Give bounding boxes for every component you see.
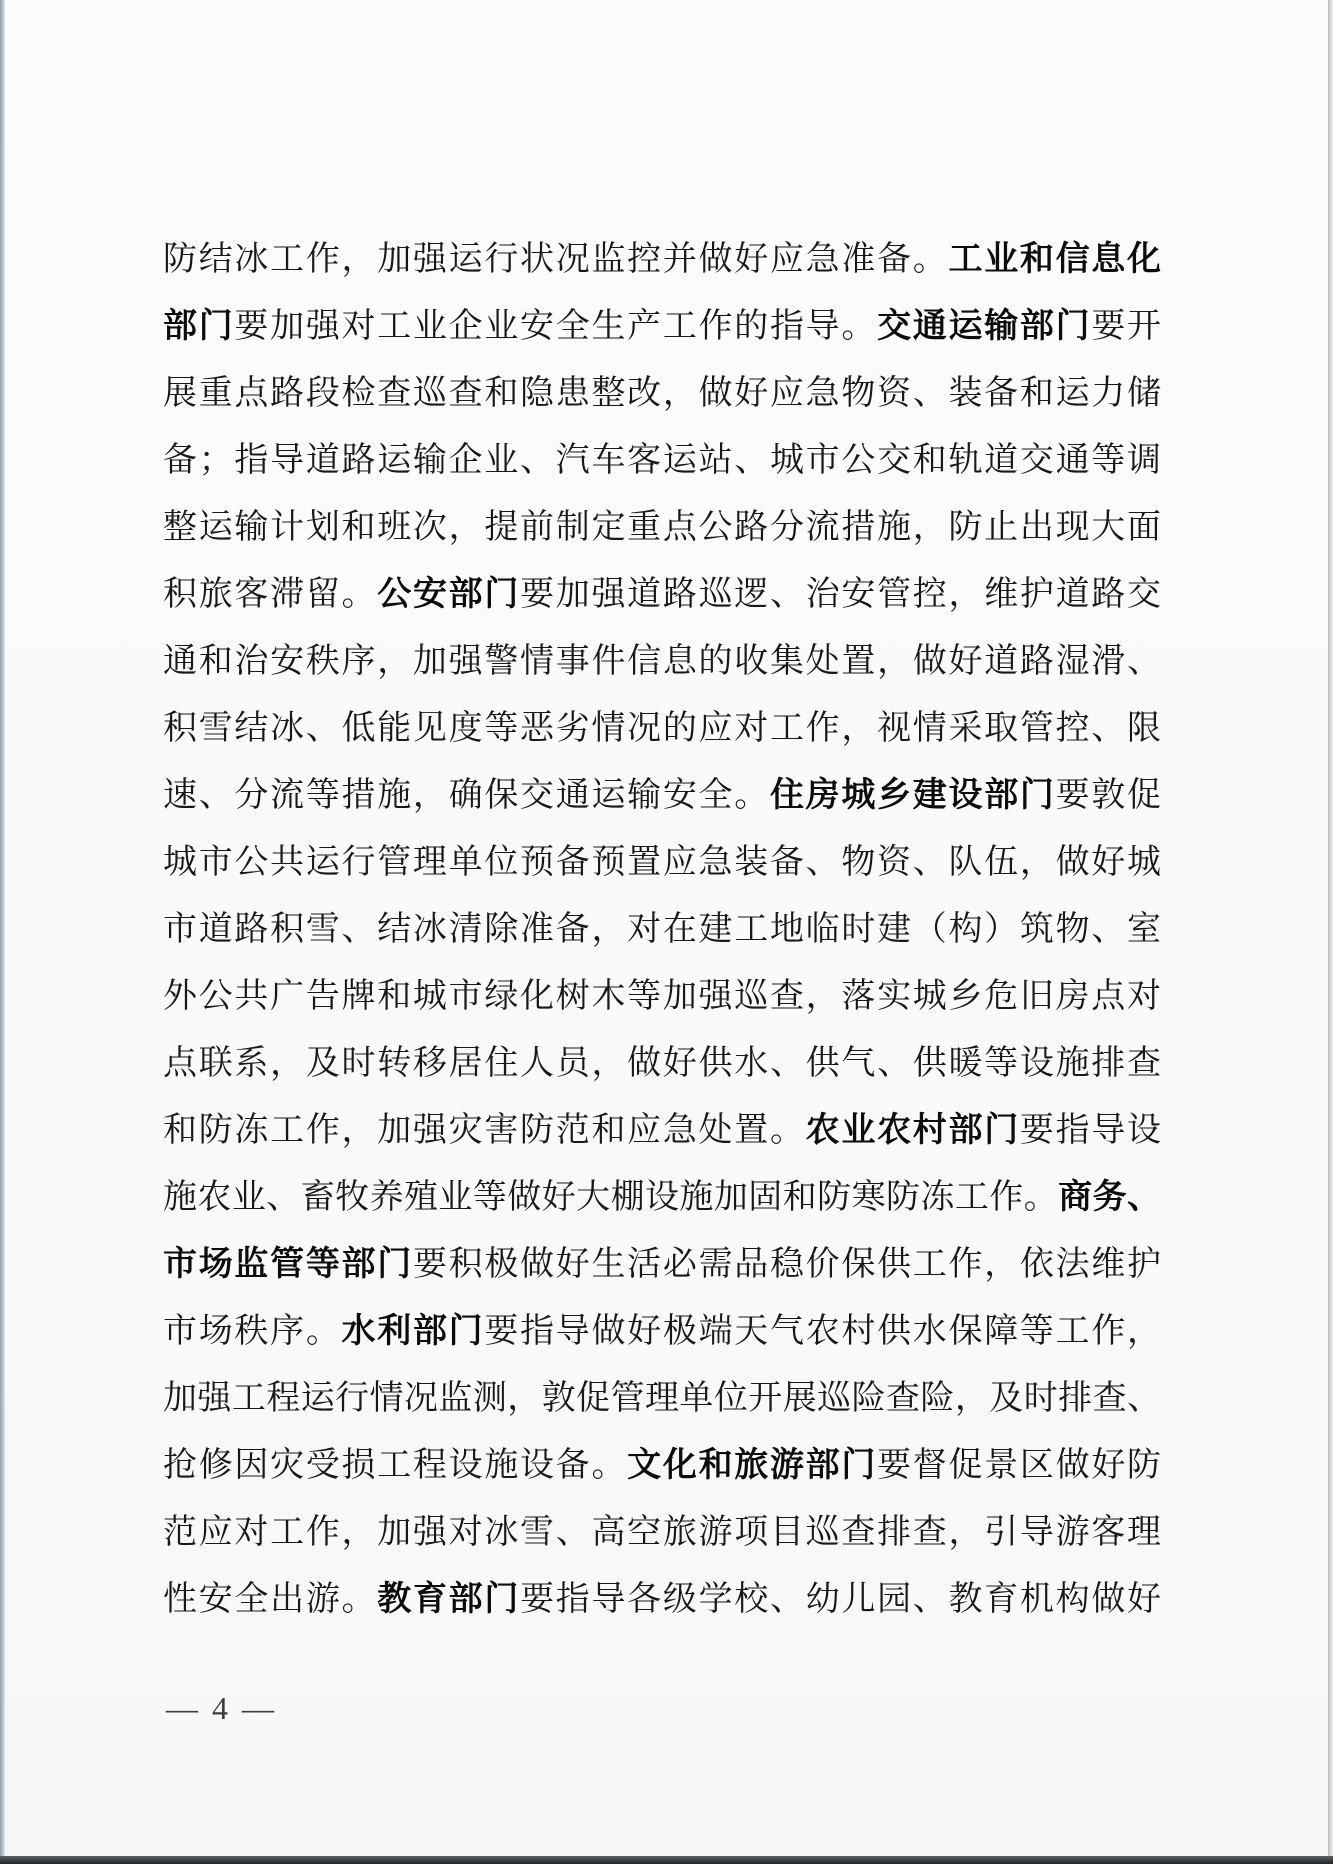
text-line: 积旅客滞留。公安部门要加强道路巡逻、治安管控，维护道路交 <box>163 561 1161 628</box>
department-name: 农业农村部门 <box>806 1111 1020 1149</box>
text-segment: 要加强道路巡逻、治安管控，维护道路交 <box>520 576 1161 613</box>
text-block: 防结冰工作，加强运行状况监控并做好应急准备。工业和信息化部门要加强对工业企业安全… <box>163 226 1161 1633</box>
text-segment: 积旅客滞留。 <box>163 576 377 613</box>
text-segment: 抢修因灾受损工程设施设备。 <box>163 1447 627 1484</box>
department-name: 工业和信息化 <box>948 240 1161 278</box>
text-line: 积雪结冰、低能见度等恶劣情况的应对工作，视情采取管控、限 <box>163 695 1161 762</box>
document-page: 防结冰工作，加强运行状况监控并做好应急准备。工业和信息化部门要加强对工业企业安全… <box>0 0 1333 1864</box>
text-line: 点联系，及时转移居住人员，做好供水、供气、供暖等设施排查 <box>163 1030 1161 1097</box>
department-name: 商务、 <box>1058 1178 1161 1216</box>
text-segment: 要指导各级学校、幼儿园、教育机构做好 <box>520 1581 1161 1618</box>
text-line: 速、分流等措施，确保交通运输安全。住房城乡建设部门要敦促 <box>163 762 1161 829</box>
text-line: 施农业、畜牧养殖业等做好大棚设施加固和防寒防冻工作。商务、 <box>163 1164 1161 1231</box>
department-name: 交通运输部门 <box>877 307 1091 345</box>
department-name: 部门 <box>163 307 234 345</box>
text-segment: 要指导做好极端天气农村供水保障等工作， <box>484 1313 1161 1350</box>
text-segment: 要敦促 <box>1056 777 1161 814</box>
text-segment: 外公共广告牌和城市绿化树木等加强巡查，落实城乡危旧房点对 <box>163 978 1161 1015</box>
text-line: 外公共广告牌和城市绿化树木等加强巡查，落实城乡危旧房点对 <box>163 963 1161 1030</box>
text-segment: 点联系，及时转移居住人员，做好供水、供气、供暖等设施排查 <box>163 1045 1161 1082</box>
text-segment: 积雪结冰、低能见度等恶劣情况的应对工作，视情采取管控、限 <box>163 710 1161 747</box>
text-segment: 整运输计划和班次，提前制定重点公路分流措施，防止出现大面 <box>163 509 1161 546</box>
text-line: 性安全出游。教育部门要指导各级学校、幼儿园、教育机构做好 <box>163 1566 1161 1633</box>
text-line: 市道路积雪、结冰清除准备，对在建工地临时建（构）筑物、室 <box>163 896 1161 963</box>
text-segment: 展重点路段检查巡查和隐患整改，做好应急物资、装备和运力储 <box>163 375 1161 412</box>
text-segment: 施农业、畜牧养殖业等做好大棚设施加固和防寒防冻工作。 <box>163 1179 1058 1216</box>
text-segment: 市道路积雪、结冰清除准备，对在建工地临时建（构）筑物、室 <box>163 911 1161 948</box>
department-name: 公安部门 <box>377 575 520 613</box>
text-line: 部门要加强对工业企业安全生产工作的指导。交通运输部门要开 <box>163 293 1161 360</box>
scan-edge-bottom <box>0 1856 1333 1864</box>
department-name: 文化和旅游部门 <box>627 1446 877 1484</box>
page-number: — 4 — <box>166 1690 277 1727</box>
text-segment: 要督促景区做好防 <box>877 1447 1161 1484</box>
text-segment: 市场秩序。 <box>163 1313 342 1350</box>
text-line: 备；指导道路运输企业、汽车客运站、城市公交和轨道交通等调 <box>163 427 1161 494</box>
text-segment: 要指导设 <box>1020 1112 1161 1149</box>
text-segment: 要加强对工业企业安全生产工作的指导。 <box>234 308 877 345</box>
department-name: 市场监管等部门 <box>163 1245 413 1283</box>
text-line: 整运输计划和班次，提前制定重点公路分流措施，防止出现大面 <box>163 494 1161 561</box>
text-line: 市场监管等部门要积极做好生活必需品稳价保供工作，依法维护 <box>163 1231 1161 1298</box>
text-segment: 和防冻工作，加强灾害防范和应急处置。 <box>163 1112 806 1149</box>
text-segment: 防结冰工作，加强运行状况监控并做好应急准备。 <box>163 241 948 278</box>
department-name: 教育部门 <box>377 1580 520 1618</box>
text-segment: 城市公共运行管理单位预备预置应急装备、物资、队伍，做好城 <box>163 844 1161 881</box>
text-line: 市场秩序。水利部门要指导做好极端天气农村供水保障等工作， <box>163 1298 1161 1365</box>
text-line: 展重点路段检查巡查和隐患整改，做好应急物资、装备和运力储 <box>163 360 1161 427</box>
scan-edge-left <box>0 0 5 1864</box>
text-line: 城市公共运行管理单位预备预置应急装备、物资、队伍，做好城 <box>163 829 1161 896</box>
text-segment: 加强工程运行情况监测，敦促管理单位开展巡险查险，及时排查、 <box>163 1380 1161 1417</box>
text-segment: 要积极做好生活必需品稳价保供工作，依法维护 <box>413 1246 1161 1283</box>
text-line: 范应对工作，加强对冰雪、高空旅游项目巡查排查，引导游客理 <box>163 1499 1161 1566</box>
text-segment: 性安全出游。 <box>163 1581 377 1618</box>
department-name: 水利部门 <box>342 1312 485 1350</box>
text-line: 通和治安秩序，加强警情事件信息的收集处置，做好道路湿滑、 <box>163 628 1161 695</box>
text-line: 防结冰工作，加强运行状况监控并做好应急准备。工业和信息化 <box>163 226 1161 293</box>
scan-edge-right <box>1328 0 1333 1864</box>
text-line: 抢修因灾受损工程设施设备。文化和旅游部门要督促景区做好防 <box>163 1432 1161 1499</box>
text-line: 和防冻工作，加强灾害防范和应急处置。农业农村部门要指导设 <box>163 1097 1161 1164</box>
department-name: 住房城乡建设部门 <box>770 776 1056 814</box>
text-segment: 要开 <box>1091 308 1161 345</box>
text-segment: 备；指导道路运输企业、汽车客运站、城市公交和轨道交通等调 <box>163 442 1161 479</box>
text-line: 加强工程运行情况监测，敦促管理单位开展巡险查险，及时排查、 <box>163 1365 1161 1432</box>
text-segment: 范应对工作，加强对冰雪、高空旅游项目巡查排查，引导游客理 <box>163 1514 1161 1551</box>
text-segment: 通和治安秩序，加强警情事件信息的收集处置，做好道路湿滑、 <box>163 643 1161 680</box>
text-segment: 速、分流等措施，确保交通运输安全。 <box>163 777 770 814</box>
